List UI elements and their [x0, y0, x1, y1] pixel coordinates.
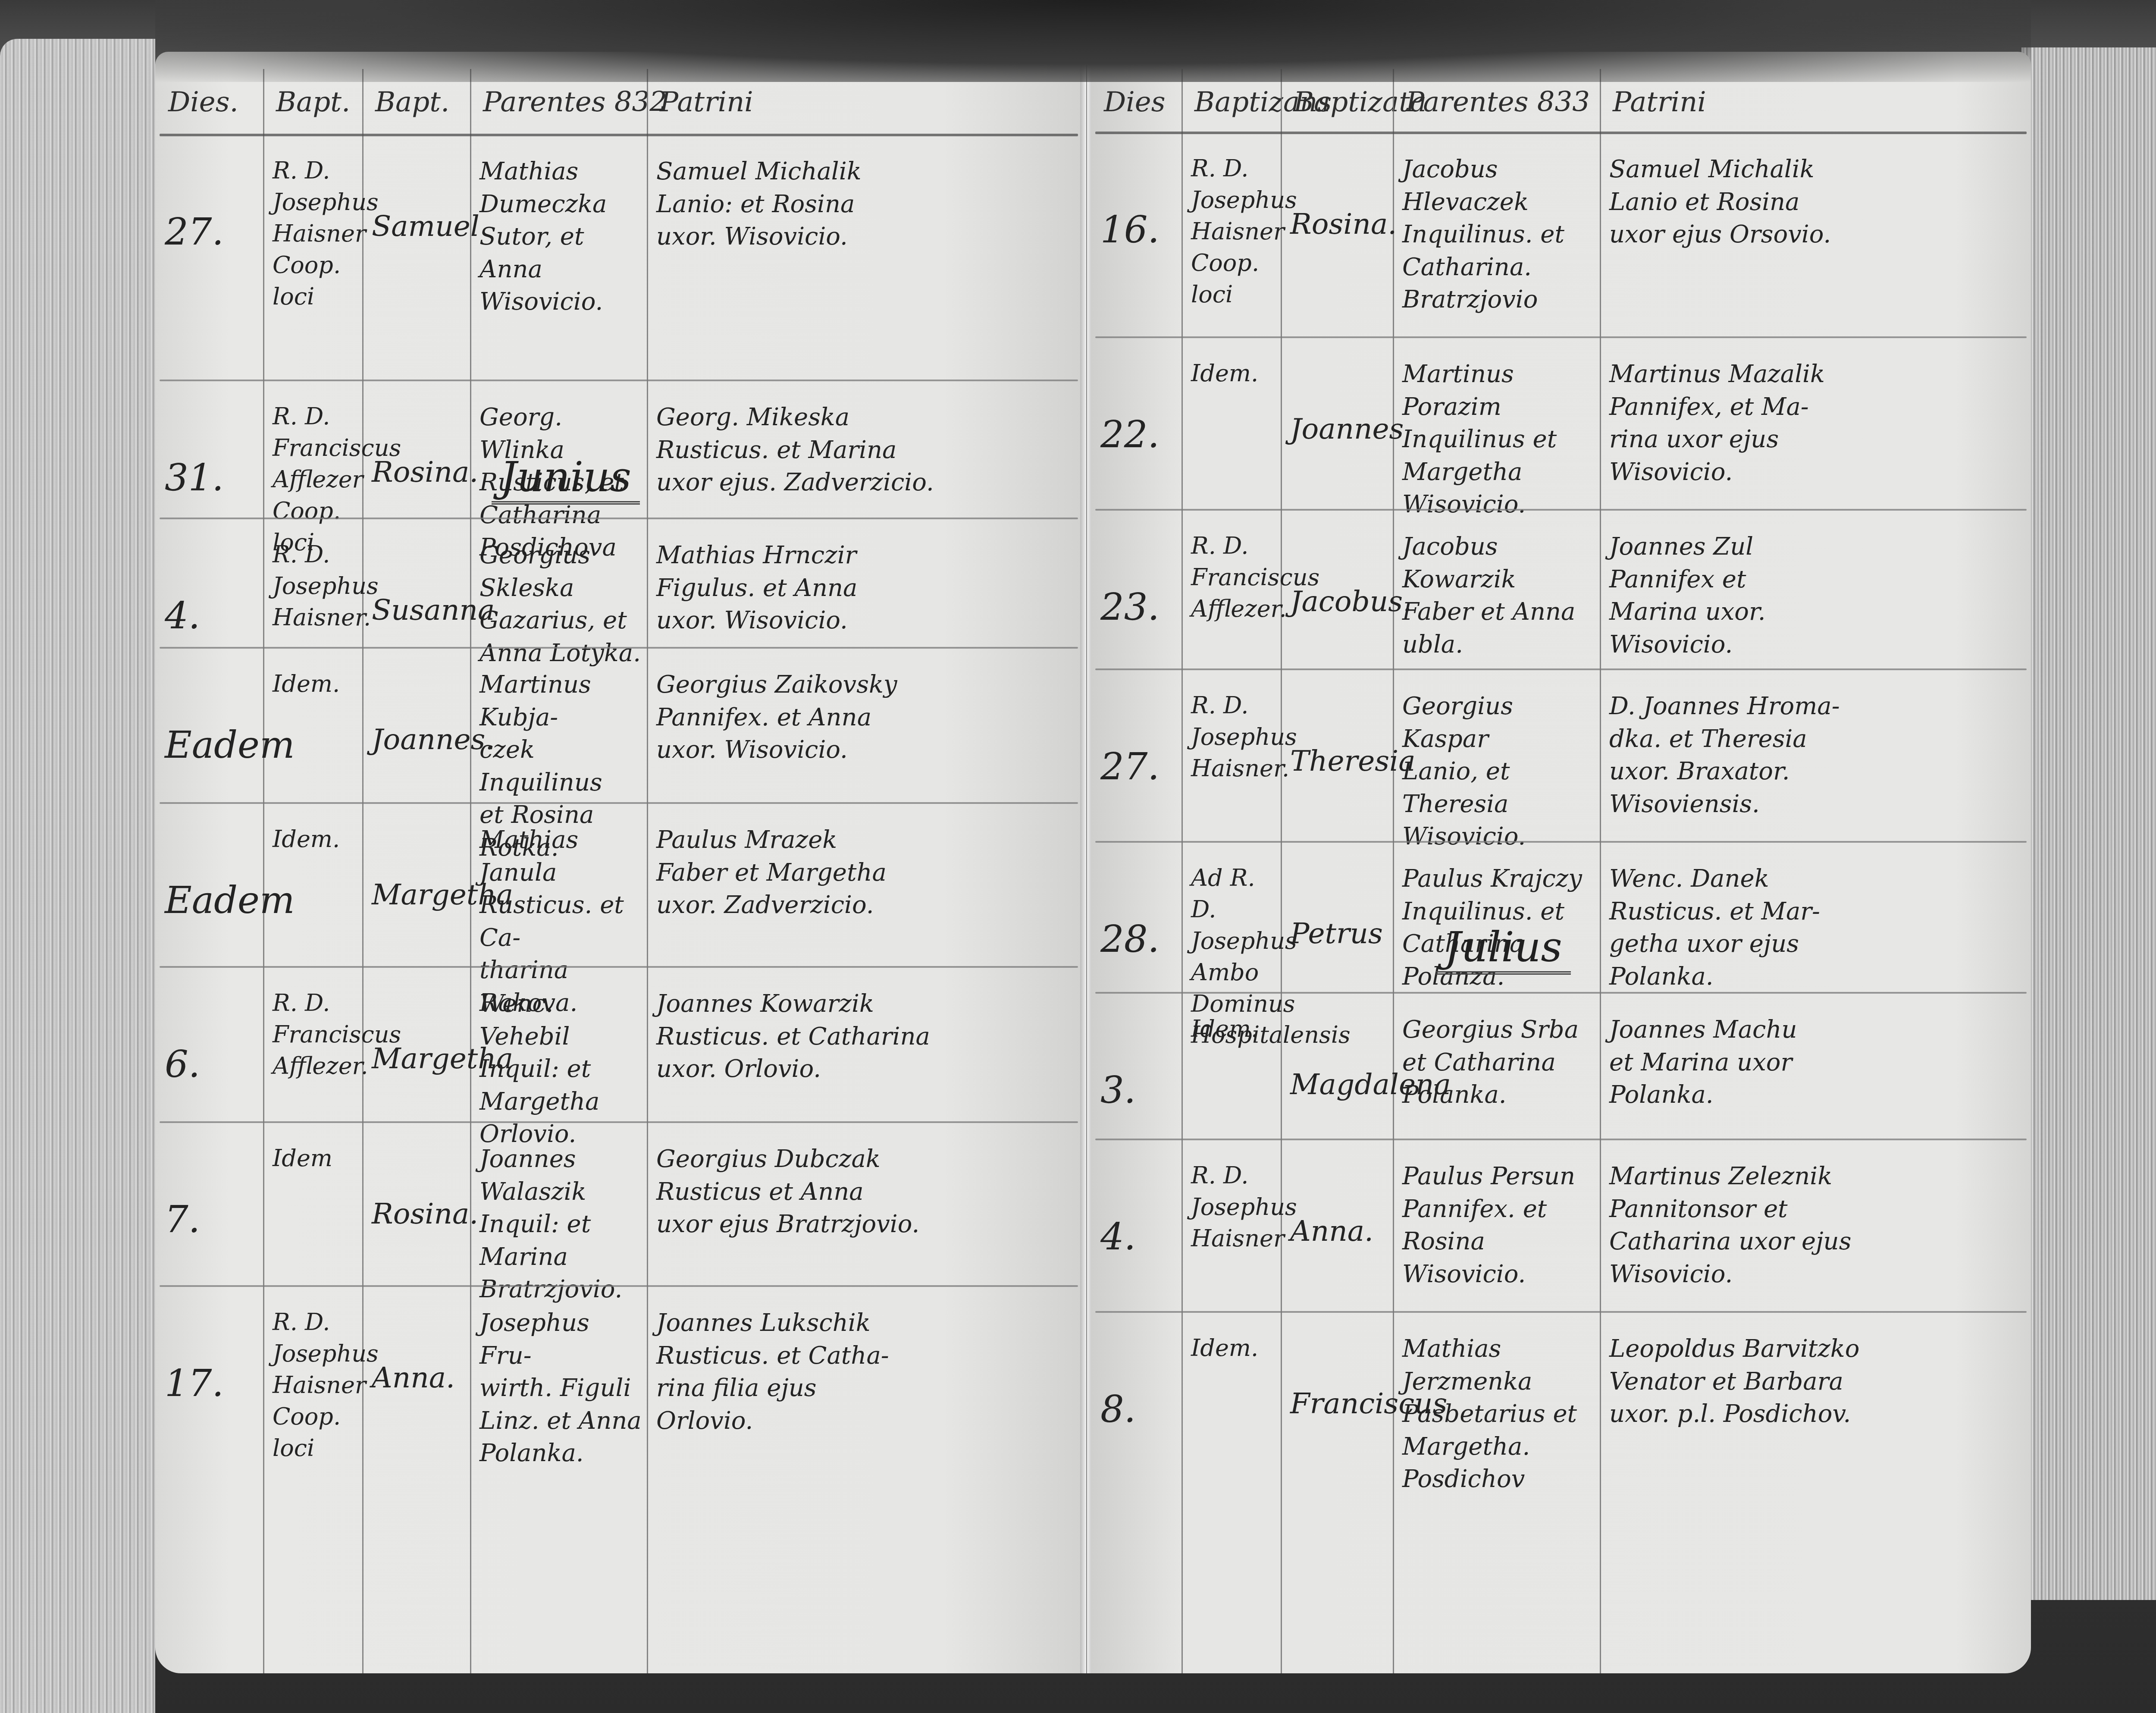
row-divider [1095, 1311, 2027, 1313]
column-rule [263, 69, 264, 1673]
row-divider [160, 966, 1078, 968]
entry-godparents: Georgius Dubczak Rusticus et Anna uxor e… [656, 1143, 1079, 1241]
entry-baptized: Franciscus [1290, 1384, 1389, 1423]
entry-godparents: Georg. Mikeska Rusticus. et Marina uxor … [656, 401, 1079, 499]
entry-day: Eadem [165, 720, 260, 770]
entry-baptizans: R. D. Franciscus Afflezer Coop. loci [273, 401, 359, 558]
entry-baptized: Margetha [372, 875, 467, 914]
entry-day: 27. [165, 207, 260, 257]
entry-godparents: Paulus Mrazek Faber et Margetha uxor. Za… [656, 824, 1079, 922]
entry-baptized: Rosina. [372, 453, 467, 491]
entry-baptized: Margetha [372, 1039, 467, 1078]
entry-baptizans: R. D. Josephus Haisner Coop. loci [1191, 153, 1277, 310]
entry-baptizans: R. D. Josephus Haisner Coop. loci [273, 155, 359, 312]
entry-day: 27. [1100, 742, 1178, 792]
entry-day: Eadem [165, 875, 260, 926]
entry-baptized: Rosina. [1290, 205, 1389, 243]
entry-baptized: Joannes [1290, 410, 1389, 448]
entry-day: 16. [1100, 205, 1178, 255]
row-divider [160, 647, 1078, 649]
column-rule [362, 69, 364, 1673]
entry-baptizans: R. D. Josephus Haisner. [273, 539, 359, 634]
entry-baptized: Joannes. [372, 720, 467, 759]
entry-baptizans: Idem [273, 1143, 359, 1174]
entry-godparents: Leopoldus Barvitzko Venator et Barbara u… [1609, 1333, 2028, 1431]
entry-baptized: Rosina. [372, 1195, 467, 1233]
entry-baptizans: R. D. Josephus Haisner [1191, 1160, 1277, 1255]
entry-day: 17. [165, 1358, 260, 1409]
entry-godparents: Joannes Machu et Marina uxor Polanka. [1609, 1013, 2028, 1111]
entry-godparents: D. Joannes Hroma- dka. et Theresia uxor.… [1609, 690, 2028, 820]
entry-godparents: Samuel Michalik Lanio: et Rosina uxor. W… [656, 155, 1079, 253]
entry-godparents: Joannes Kowarzik Rusticus. et Catharina … [656, 988, 1079, 1086]
entry-parents: Paulus Persun Pannifex. et Rosina Wisovi… [1402, 1160, 1596, 1290]
entry-godparents: Joannes Lukschik Rusticus. et Catha- rin… [656, 1307, 1079, 1437]
entry-day: 8. [1100, 1384, 1178, 1434]
entry-godparents: Martinus Mazalik Pannifex, et Ma- rina u… [1609, 358, 2028, 488]
entry-godparents: Samuel Michalik Lanio et Rosina uxor eju… [1609, 153, 2028, 251]
month-heading: Junius [492, 453, 640, 505]
entry-parents: Mathias Jerzmenka Pasbetarius et Margeth… [1402, 1333, 1596, 1496]
entry-day: 22. [1100, 410, 1178, 460]
month-heading: Julius [1436, 923, 1571, 975]
entry-baptizans: Idem. [1191, 1013, 1277, 1045]
entry-day: 4. [165, 591, 260, 641]
column-rule [1181, 69, 1183, 1673]
entry-baptized: Theresia [1290, 742, 1389, 780]
entry-baptizans: R. D. Josephus Haisner Coop. loci [273, 1307, 359, 1464]
entry-baptized: Jacobus. [1290, 582, 1389, 621]
column-rule [1281, 69, 1282, 1673]
entry-parents: Georgius Srba et Catharina Polanka. [1402, 1013, 1596, 1111]
row-divider [160, 1285, 1078, 1287]
entry-baptizans: R. D. Josephus Haisner. [1191, 690, 1277, 784]
entry-parents: Martinus Porazim Inquilinus et Margetha … [1402, 358, 1596, 521]
entry-parents: Josephus Fru- wirth. Figuli Linz. et Ann… [479, 1307, 643, 1470]
entry-godparents: Wenc. Danek Rusticus. et Mar- getha uxor… [1609, 863, 2028, 993]
entry-day: 6. [165, 1039, 260, 1089]
entry-godparents: Joannes Zul Pannifex et Marina uxor. Wis… [1609, 530, 2028, 661]
column-rule [1393, 69, 1394, 1673]
entry-parents: Wenc. Vehebil Inquil: et Margetha Orlovi… [479, 988, 643, 1151]
column-rule [647, 69, 648, 1673]
right-page-stack-edge [2021, 47, 2156, 1600]
row-divider [1095, 509, 2027, 511]
row-divider [1095, 132, 2027, 134]
row-divider [160, 380, 1078, 381]
row-divider [160, 518, 1078, 519]
column-rule [470, 69, 471, 1673]
entry-baptized: Susanna [372, 591, 467, 629]
column-rule [1600, 69, 1601, 1673]
entry-baptized: Petrus [1290, 914, 1389, 953]
entry-godparents: Martinus Zeleznik Pannitonsor et Cathari… [1609, 1160, 2028, 1290]
entry-day: 3. [1100, 1065, 1178, 1115]
entry-baptized: Anna. [1290, 1212, 1389, 1250]
entry-parents: Jacobus Kowarzik Faber et Anna ubla. [1402, 530, 1596, 661]
row-divider [1095, 1139, 2027, 1140]
entry-day: 23. [1100, 582, 1178, 632]
entry-day: 7. [165, 1195, 260, 1245]
entry-parents: Joannes Walaszik Inquil: et Marina Bratr… [479, 1143, 643, 1306]
row-divider [1095, 668, 2027, 670]
left-page: Dies.Bapt.Bapt.Parentes 832Patrini 27.R.… [155, 52, 1082, 1673]
entry-parents: Jacobus Hlevaczek Inquilinus. et Cathari… [1402, 153, 1596, 316]
right-page: DiesBaptizansBaptizataParentes 833Patrin… [1091, 52, 2031, 1673]
entry-day: 31. [165, 453, 260, 503]
row-divider [1095, 992, 2027, 994]
left-page-stack-edge [0, 39, 155, 1713]
entry-day: 28. [1100, 914, 1178, 964]
entry-baptized: Samuel [372, 207, 467, 245]
row-divider [160, 1121, 1078, 1123]
entry-godparents: Georgius Zaikovsky Pannifex. et Anna uxo… [656, 668, 1079, 766]
row-divider [160, 134, 1078, 136]
entry-godparents: Mathias Hrnczir Figulus. et Anna uxor. W… [656, 539, 1079, 637]
entry-baptizans: R. D. Franciscus Afflezer. [273, 988, 359, 1082]
entry-baptizans: R. D. Franciscus Afflezer. [1191, 530, 1277, 625]
entry-parents: Mathias Dumeczka Sutor, et Anna Wisovici… [479, 155, 643, 318]
entry-parents: Georgius Skleska Gazarius, et Anna Lotyk… [479, 539, 643, 669]
entry-baptizans: Idem. [273, 668, 359, 700]
entry-baptized: Magdalena [1290, 1065, 1389, 1104]
entry-parents: Georgius Kaspar Lanio, et Theresia Wisov… [1402, 690, 1596, 853]
entry-baptizans: Idem. [273, 824, 359, 855]
row-divider [1095, 336, 2027, 338]
entry-baptizans: Idem. [1191, 358, 1277, 389]
row-divider [160, 802, 1078, 804]
entry-baptizans: Idem. [1191, 1333, 1277, 1364]
entry-baptized: Anna. [372, 1358, 467, 1397]
binding-shadow [155, 0, 2031, 82]
entry-day: 4. [1100, 1212, 1178, 1262]
row-divider [1095, 841, 2027, 843]
